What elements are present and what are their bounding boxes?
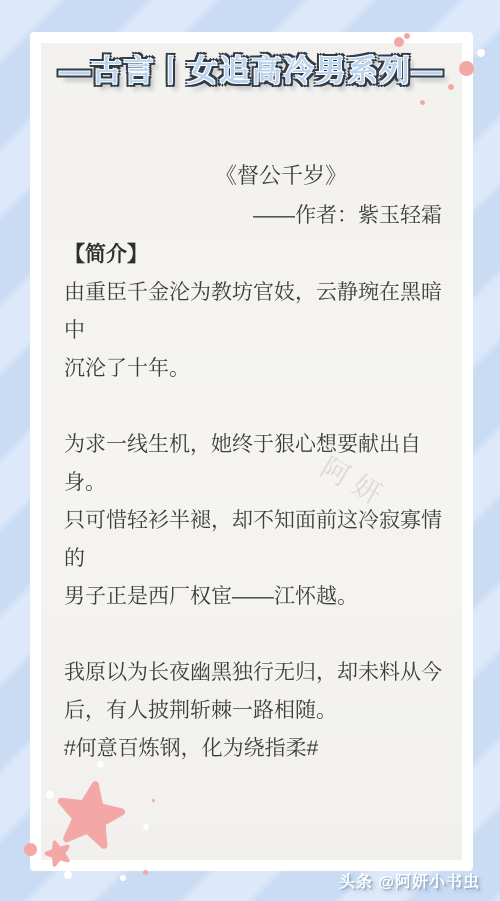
intro-paragraph: 为求一线生机，她终于狠心想要献出自身。 只可惜轻衫半褪，却不知面前这冷寂寡情的 … [64, 426, 462, 616]
white-dot-icon [143, 824, 149, 830]
white-dot-icon [67, 747, 71, 751]
author-line: ——作者：紫玉轻霜 [64, 196, 462, 236]
intro-paragraph: 我原以为长夜幽黑独行无归，却未料从今 后，有人披荆斩棘一路相随。 #何意百炼钢，… [64, 654, 462, 768]
pink-dot-icon [448, 84, 454, 90]
content-card: —古言丨女追高冷男系列— 《督公千岁》 ——作者：紫玉轻霜 【简介】 由重臣千金… [30, 32, 473, 871]
white-dot-icon [97, 761, 104, 768]
white-dot-icon [120, 875, 126, 881]
poster-background: —古言丨女追高冷男系列— 《督公千岁》 ——作者：紫玉轻霜 【简介】 由重臣千金… [0, 0, 500, 901]
pink-dot-icon [143, 870, 148, 875]
pink-dot-icon [394, 37, 404, 47]
white-dot-icon [64, 871, 72, 879]
white-dot-icon [477, 49, 485, 57]
book-title: 《督公千岁》 [64, 156, 462, 196]
pink-dot-icon [152, 799, 155, 802]
pink-dot-icon [459, 61, 474, 76]
pink-dot-icon [98, 840, 102, 844]
account-watermark: 头条 @阿妍小书虫 [339, 869, 480, 892]
text-column: 《督公千岁》 ——作者：紫玉轻霜 【简介】 由重臣千金沦为教坊官妓，云静琬在黑暗… [64, 156, 462, 768]
white-dot-icon [46, 791, 54, 799]
intro-section-label: 【简介】 [64, 236, 462, 274]
series-title: —古言丨女追高冷男系列— [30, 46, 473, 90]
intro-paragraph: 由重臣千金沦为教坊官妓，云静琬在黑暗中 沉沦了十年。 [64, 274, 462, 388]
pink-dot-icon [404, 33, 410, 39]
pink-dot-icon [24, 843, 37, 856]
pink-dot-icon [420, 100, 425, 105]
